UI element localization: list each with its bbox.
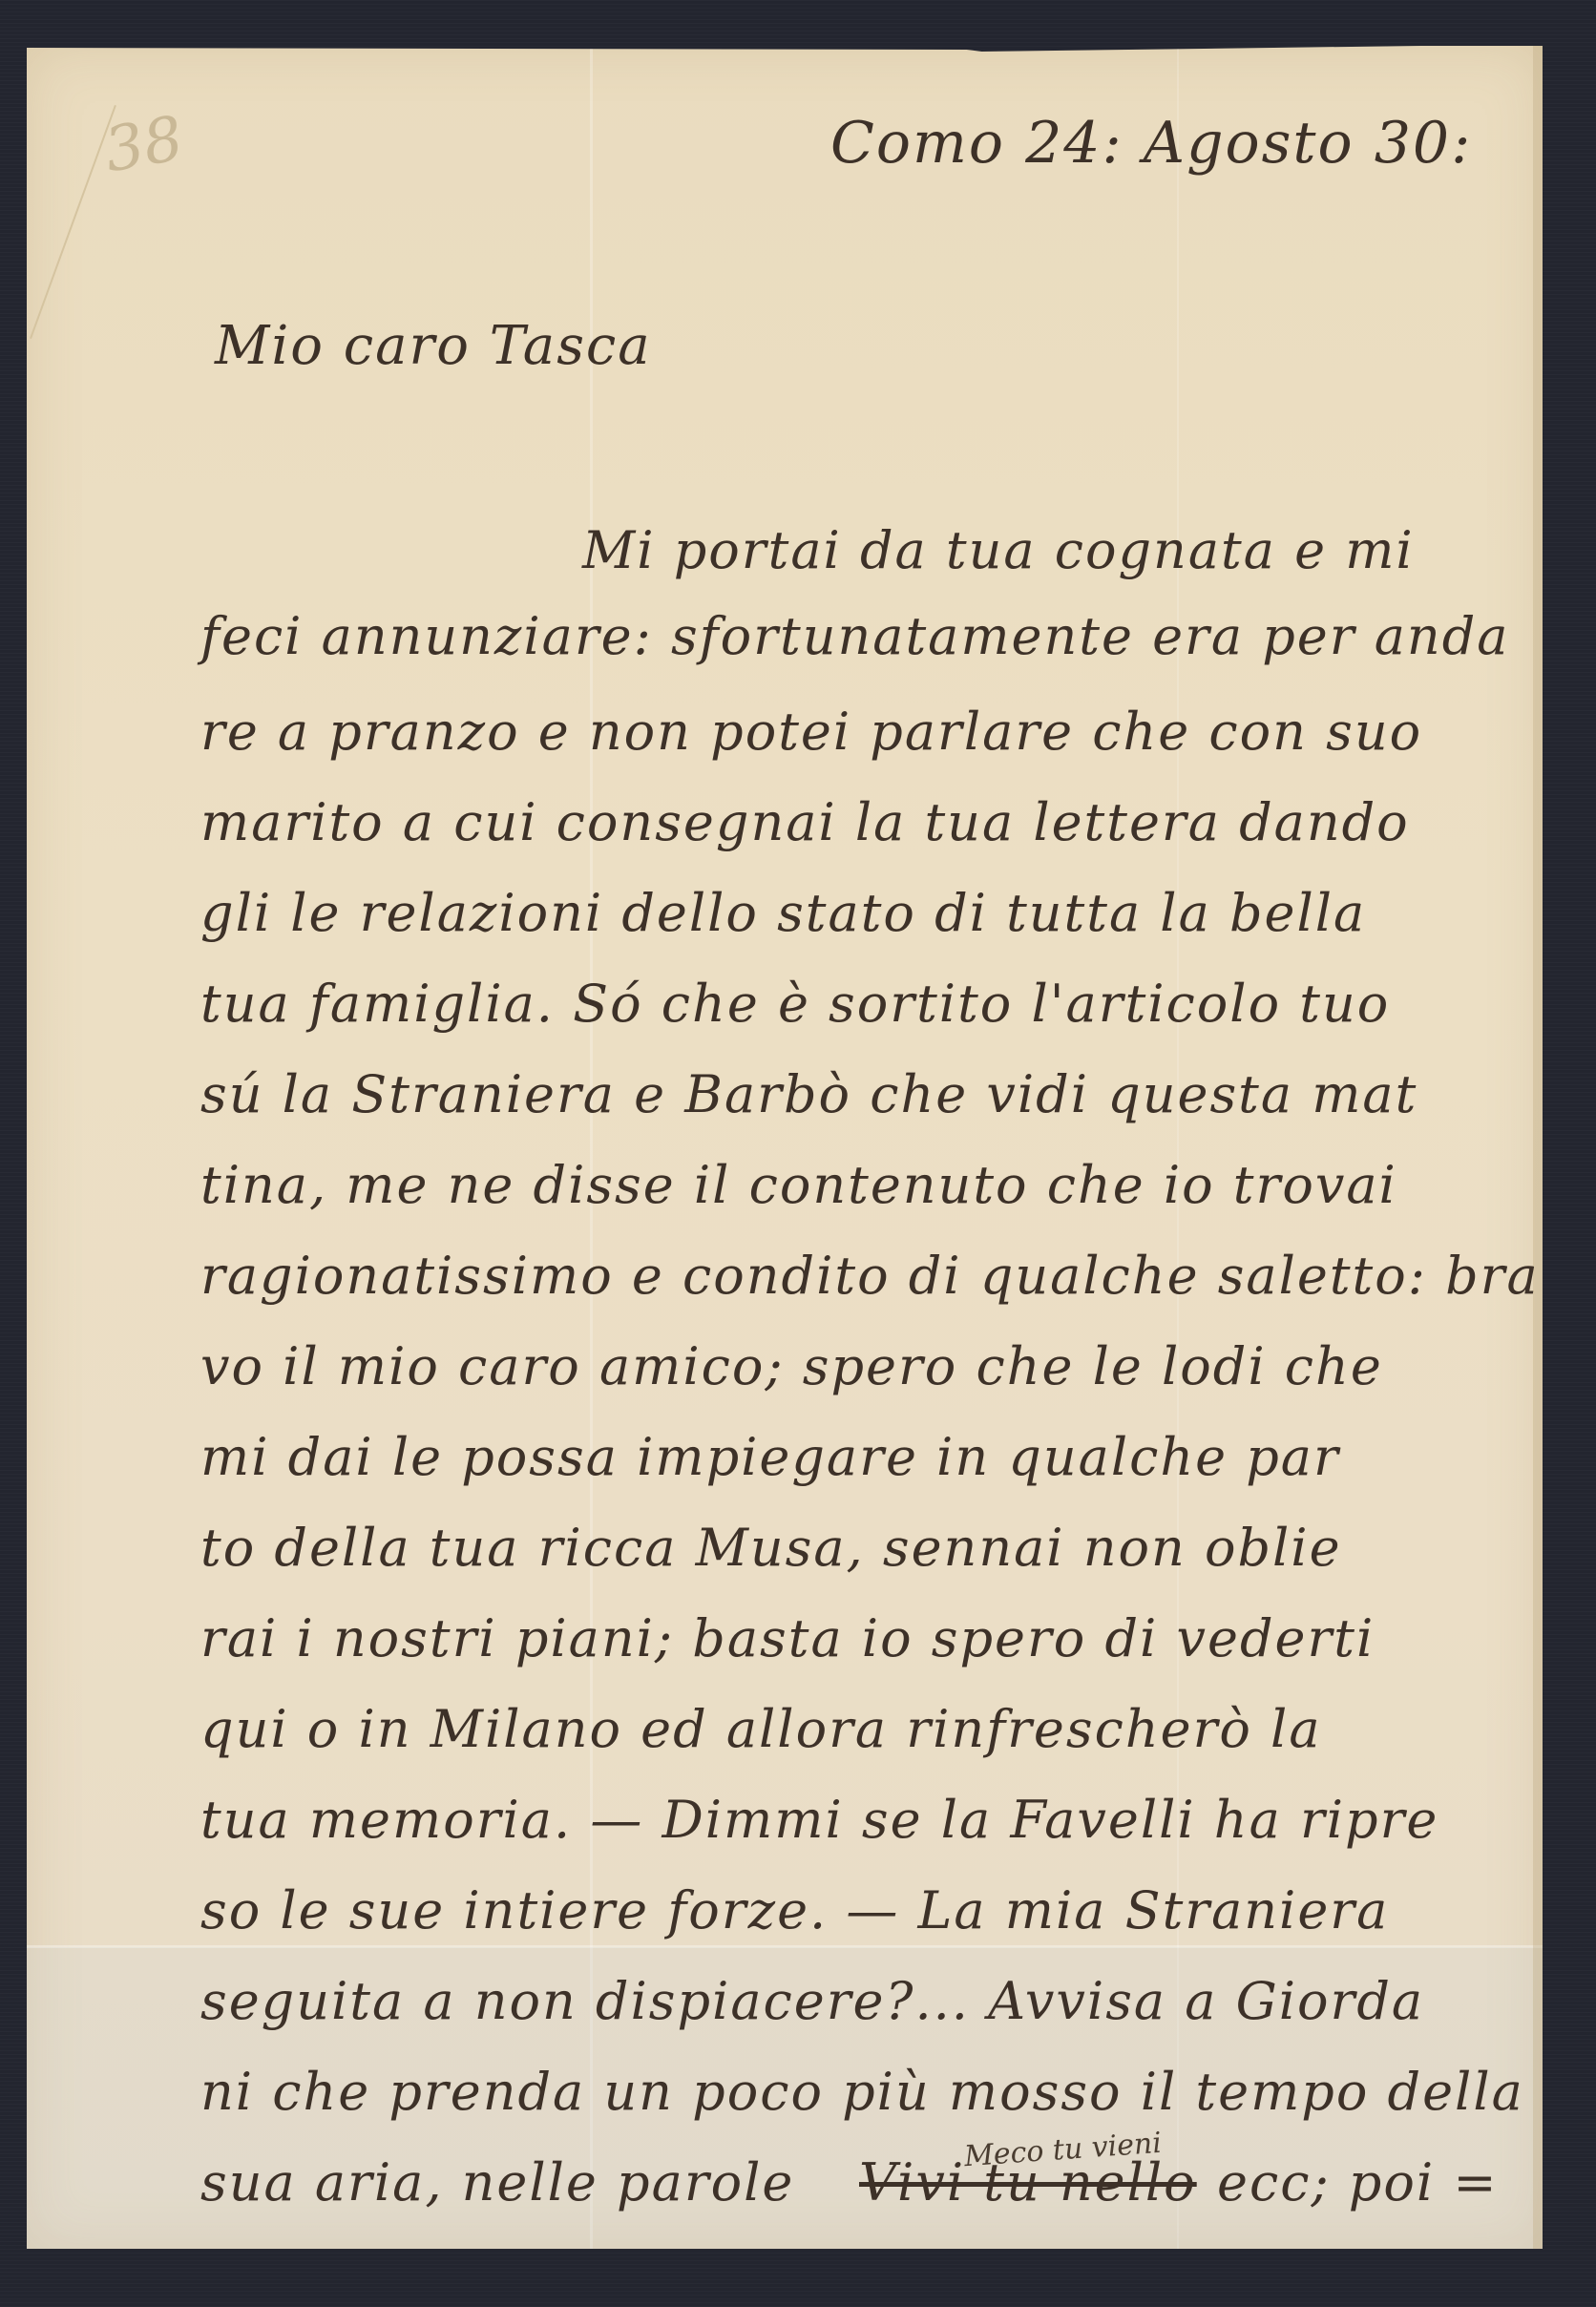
letter-line: mi dai le possa impiegare in qualche par — [200, 1427, 1518, 1487]
letter-line: marito a cui consegnai la tua lettera da… — [200, 792, 1518, 852]
letter-line: seguita a non dispiacere?... Avvisa a Gi… — [200, 1971, 1518, 2031]
paper-edge — [1533, 46, 1543, 2249]
letter-line-end: ecc; poi = — [1217, 2152, 1499, 2213]
letter-line: Mi portai da tua cognata e mi — [582, 520, 1596, 580]
letter-line: gli le relazioni dello stato di tutta la… — [200, 883, 1518, 943]
letter-line: ni che prenda un poco più mosso il tempo… — [200, 2062, 1518, 2122]
letter-line: sua aria, nelle parole — [200, 2152, 794, 2213]
letter-line: to della tua ricca Musa, sennai non obli… — [200, 1518, 1518, 1578]
archive-number: 38 — [99, 103, 188, 186]
letter-line: feci annunziare: sfortunatamente era per… — [200, 606, 1518, 666]
letter-line: so le sue intiere forze. — La mia Strani… — [200, 1880, 1518, 1940]
letter-line: sú la Straniera e Barbò che vidi questa … — [200, 1064, 1518, 1124]
letter-line: vo il mio caro amico; spero che le lodi … — [200, 1336, 1518, 1396]
letter-line: ragionatissimo e condito di qualche sale… — [200, 1246, 1518, 1306]
letter-line: qui o in Milano ed allora rinfrescherò l… — [200, 1699, 1518, 1759]
salutation: Mio caro Tasca — [215, 315, 652, 377]
letter-line: re a pranzo e non potei parlare che con … — [200, 702, 1518, 762]
letter-line: tua memoria. — Dimmi se la Favelli ha ri… — [200, 1790, 1518, 1850]
letter-line: tina, me ne disse il contenuto che io tr… — [200, 1155, 1518, 1215]
letter-line: tua famiglia. Só che è sortito l'articol… — [200, 974, 1518, 1034]
letter-line: rai i nostri piani; basta io spero di ve… — [200, 1608, 1518, 1668]
dateline: Como 24: Agosto 30: — [830, 110, 1472, 177]
